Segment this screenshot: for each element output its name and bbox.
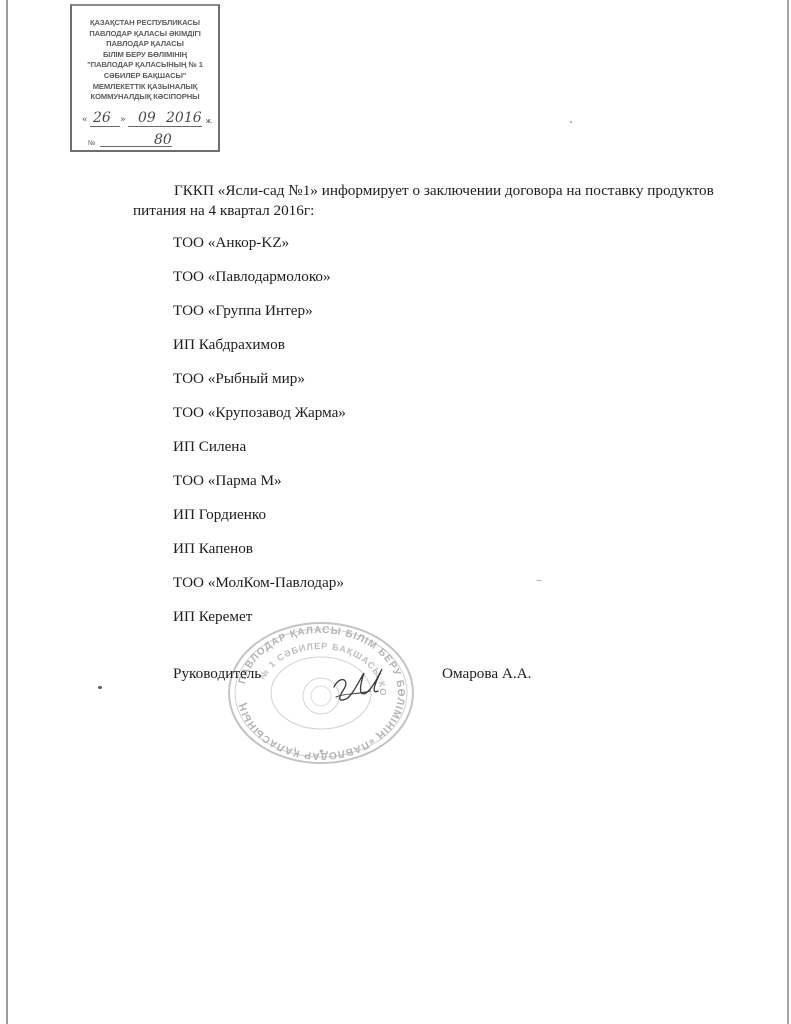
stamp-date: « 26 » 09 2016 ж. [82, 110, 214, 128]
stamp-line: ПАВЛОДАР ҚАЛАСЫ [72, 39, 218, 50]
stamp-number-value: 80 [154, 132, 172, 148]
supplier-item: ИП Гордиенко [173, 505, 346, 539]
intro-paragraph: ГККП «Ясли-сад №1» информирует о заключе… [133, 181, 743, 221]
year-underline [174, 126, 202, 127]
stamp-line: КОММУНАЛДЫҚ КӘСІПОРНЫ [72, 92, 218, 103]
supplier-item: ТОО «МолКом-Павлодар» [173, 573, 346, 607]
supplier-item: ТОО «Парма М» [173, 471, 346, 505]
month-underline [128, 126, 174, 127]
supplier-item: ИП Капенов [173, 539, 346, 573]
registration-stamp: ҚАЗАҚСТАН РЕСПУБЛИКАСЫ ПАВЛОДАР ҚАЛАСЫ Ә… [70, 4, 220, 152]
stamp-line: ПАВЛОДАР ҚАЛАСЫ ӘКІМДІГІ [72, 29, 218, 40]
supplier-list: ТОО «Анкор-KZ» ТОО «Павлодармолоко» ТОО … [173, 233, 346, 641]
stamp-line: "ПАВЛОДАР ҚАЛАСЫНЫҢ № 1 [72, 60, 218, 71]
stamp-date-year: 2016 [166, 110, 202, 126]
stamp-date-suffix: ж. [206, 118, 213, 125]
supplier-item: ТОО «Рыбный мир» [173, 369, 346, 403]
stamp-line: МЕМЛЕКЕТТІК ҚАЗЫНАЛЫҚ [72, 82, 218, 93]
quote-mark: » [120, 115, 126, 125]
scan-speck [98, 686, 102, 689]
day-underline [90, 126, 120, 127]
signatory-title: Руководитель [173, 665, 261, 683]
signature-icon [330, 665, 390, 710]
signatory-name: Омарова А.А. [442, 665, 531, 683]
scan-speck [570, 121, 572, 123]
supplier-item: ТОО «Павлодармолоко» [173, 267, 346, 301]
stamp-line: СӘБИЛЕР БАҚШАСЫ" [72, 71, 218, 82]
stamp-number-label: № [88, 140, 96, 147]
stamp-line: ҚАЗАҚСТАН РЕСПУБЛИКАСЫ [72, 18, 218, 29]
registration-stamp-text: ҚАЗАҚСТАН РЕСПУБЛИКАСЫ ПАВЛОДАР ҚАЛАСЫ Ә… [72, 6, 218, 103]
supplier-item: ТОО «Крупозавод Жарма» [173, 403, 346, 437]
scan-speck [536, 580, 542, 581]
stamp-line: БІЛІМ БЕРУ БӨЛІМІНІҢ [72, 50, 218, 61]
supplier-item: ИП Кабдрахимов [173, 335, 346, 369]
scan-edge-right [787, 0, 789, 1024]
stamp-number: № 80 [82, 132, 212, 148]
supplier-item: ИП Силена [173, 437, 346, 471]
stamp-date-day: 26 [93, 110, 111, 126]
supplier-item: ТОО «Группа Интер» [173, 301, 346, 335]
supplier-item: ТОО «Анкор-KZ» [173, 233, 346, 267]
stamp-date-month: 09 [138, 110, 156, 126]
quote-mark: « [82, 115, 88, 125]
svg-text:✦: ✦ [318, 747, 325, 756]
scan-edge-left [6, 0, 8, 1024]
